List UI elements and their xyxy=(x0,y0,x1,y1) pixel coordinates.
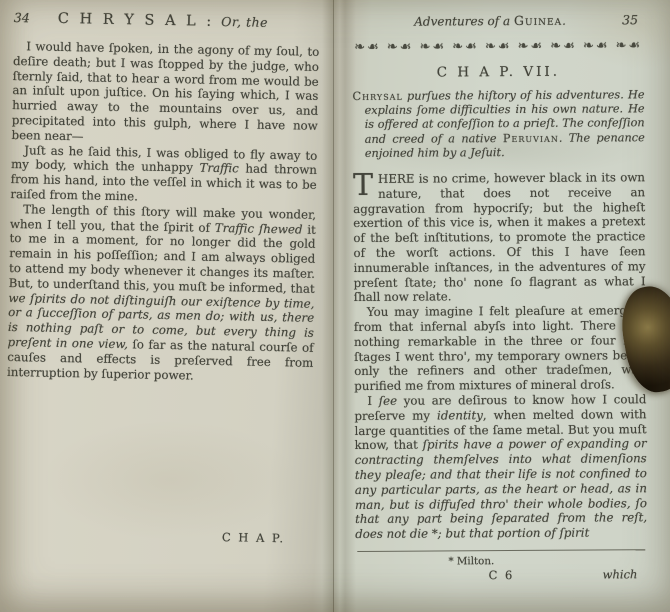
text-segment: ſhewed xyxy=(259,221,303,236)
text-segment: Traffic xyxy=(215,220,255,235)
left-page: 34 C H R Y S A L : Or, the I would have … xyxy=(7,10,320,385)
drop-cap-initial: T xyxy=(353,172,378,198)
text-segment: You may imagine I felt pleaſure at emerg… xyxy=(354,303,646,393)
text-segment: Chrysal xyxy=(352,90,402,103)
running-title-right: Adventures of a Guinea. xyxy=(382,12,598,28)
text-segment: ſpirits have a power of expanding or con… xyxy=(355,437,647,542)
running-title-caps: C H R Y S A L : xyxy=(58,11,215,30)
text-segment: I xyxy=(367,394,378,408)
left-running-header: 34 C H R Y S A L : Or, the xyxy=(14,10,320,34)
paper-stain xyxy=(40,420,300,540)
text-segment: . xyxy=(562,14,566,28)
footnote-rule xyxy=(357,549,645,552)
right-paragraph-1: THERE is no crime, however black in its … xyxy=(353,170,646,305)
right-page: Adventures of a Guinea. 35 ❧☙ ❧☙ ❧☙ ❧☙ ❧… xyxy=(352,12,647,585)
fleuron-headpiece-ornament: ❧☙ ❧☙ ❧☙ ❧☙ ❧☙ ❧☙ ❧☙ ❧☙ ❧☙ xyxy=(352,38,644,56)
right-catchword: which xyxy=(603,567,638,581)
right-paragraph-3: I ſee you are deſirous to know how I cou… xyxy=(354,392,647,542)
book-photo: 34 C H R Y S A L : Or, the I would have … xyxy=(0,0,670,612)
chapter-heading: C H A P. VII. xyxy=(352,63,644,81)
gutter-crease-line xyxy=(333,0,334,612)
text-segment: Peruvian xyxy=(503,131,559,144)
page-gutter-shadow xyxy=(322,0,356,612)
right-page-number: 35 xyxy=(598,12,644,27)
left-page-number: 34 xyxy=(14,10,58,26)
text-segment: I would have ſpoken, in the agony of my … xyxy=(11,39,319,143)
running-title-italic: Or, the xyxy=(221,14,268,30)
text-segment: ſee xyxy=(379,394,397,408)
footnote-text: * Milton. xyxy=(355,555,587,568)
signature-row: C 6 which xyxy=(355,567,647,585)
left-catchword: C H A P. xyxy=(222,530,285,545)
text-segment: Adventures of a xyxy=(414,14,514,29)
paragraph-text: HERE is no crime, however black in its o… xyxy=(353,170,646,304)
right-running-header: Adventures of a Guinea. 35 xyxy=(352,12,644,30)
text-segment: Traffic xyxy=(199,161,239,176)
text-segment: HERE is no crime, however black in its o… xyxy=(353,170,646,304)
text-segment: Guinea xyxy=(514,13,562,28)
left-paragraph-1: I would have ſpoken, in the agony of my … xyxy=(11,39,319,148)
right-paragraph-2: You may imagine I felt pleaſure at emerg… xyxy=(354,303,647,394)
left-paragraph-3: The length of this ſtory will make you w… xyxy=(7,202,316,385)
text-segment: identity xyxy=(437,408,483,422)
left-paragraph-2: Juſt as he ſaid this, I was obliged to f… xyxy=(10,143,317,208)
chapter-argument: Chrysal purſues the hiſtory of his adven… xyxy=(352,88,644,161)
